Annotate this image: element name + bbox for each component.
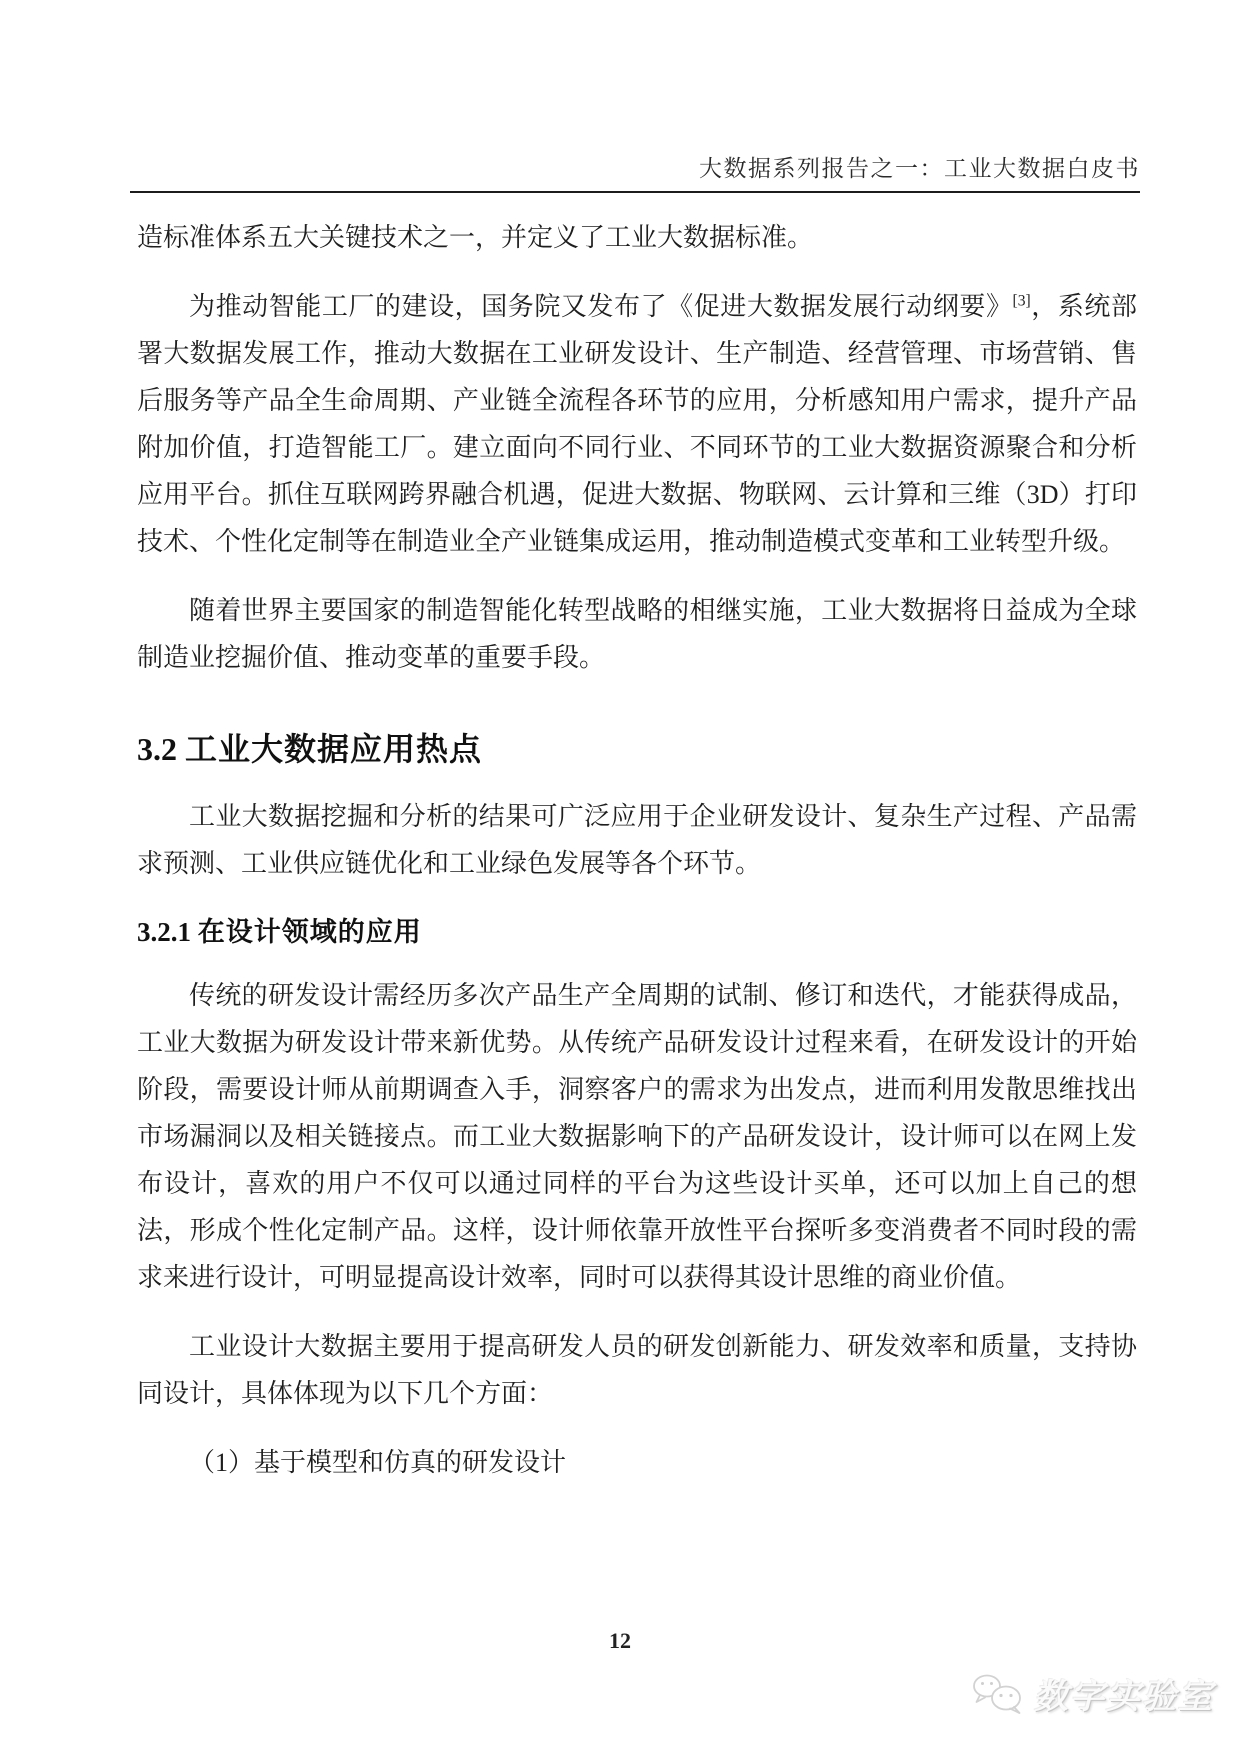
- paragraph-application-overview: 工业大数据挖掘和分析的结果可广泛应用于企业研发设计、复杂生产过程、产品需求预测、…: [137, 793, 1137, 887]
- document-page: 大数据系列报告之一：工业大数据白皮书 造标准体系五大关键技术之一，并定义了工业大…: [0, 0, 1240, 1754]
- section-title: 工业大数据应用热点: [185, 731, 482, 767]
- paragraph-policy-text-before: 为推动智能工厂的建设，国务院又发布了《促进大数据发展行动纲要》: [189, 292, 1013, 321]
- subsection-number: 3.2.1: [137, 917, 191, 947]
- paragraph-global-trend: 随着世界主要国家的制造智能化转型战略的相继实施，工业大数据将日益成为全球制造业挖…: [137, 587, 1137, 681]
- list-item-model-simulation: （1）基于模型和仿真的研发设计: [137, 1439, 1137, 1486]
- citation-ref-3: [3]: [1013, 292, 1031, 309]
- paragraph-standards-continuation: 造标准体系五大关键技术之一，并定义了工业大数据标准。: [137, 214, 1137, 261]
- subsection-title: 在设计领域的应用: [198, 917, 422, 947]
- running-header-title: 大数据系列报告之一：工业大数据白皮书: [699, 150, 1140, 191]
- page-body: 造标准体系五大关键技术之一，并定义了工业大数据标准。 为推动智能工厂的建设，国务…: [137, 196, 1137, 1508]
- paragraph-policy: 为推动智能工厂的建设，国务院又发布了《促进大数据发展行动纲要》[3]，系统部署大…: [137, 283, 1137, 565]
- paragraph-design-benefits: 工业设计大数据主要用于提高研发人员的研发创新能力、研发效率和质量，支持协同设计，…: [137, 1323, 1137, 1417]
- page-header: 大数据系列报告之一：工业大数据白皮书: [130, 0, 1140, 193]
- paragraph-design-field: 传统的研发设计需经历多次产品生产全周期的试制、修订和迭代，才能获得成品，工业大数…: [137, 972, 1137, 1301]
- section-number: 3.2: [137, 731, 177, 767]
- paragraph-policy-text-after: ，系统部署大数据发展工作，推动大数据在工业研发设计、生产制造、经营管理、市场营销…: [137, 292, 1137, 556]
- watermark-text: 数字实验室: [1034, 1669, 1214, 1718]
- subsection-heading-3-2-1: 3.2.1 在设计领域的应用: [137, 915, 1137, 950]
- wechat-icon: [970, 1672, 1026, 1716]
- section-heading-3-2: 3.2 工业大数据应用热点: [137, 729, 1137, 771]
- watermark: 数字实验室: [970, 1669, 1214, 1718]
- page-number: 12: [0, 1628, 1240, 1654]
